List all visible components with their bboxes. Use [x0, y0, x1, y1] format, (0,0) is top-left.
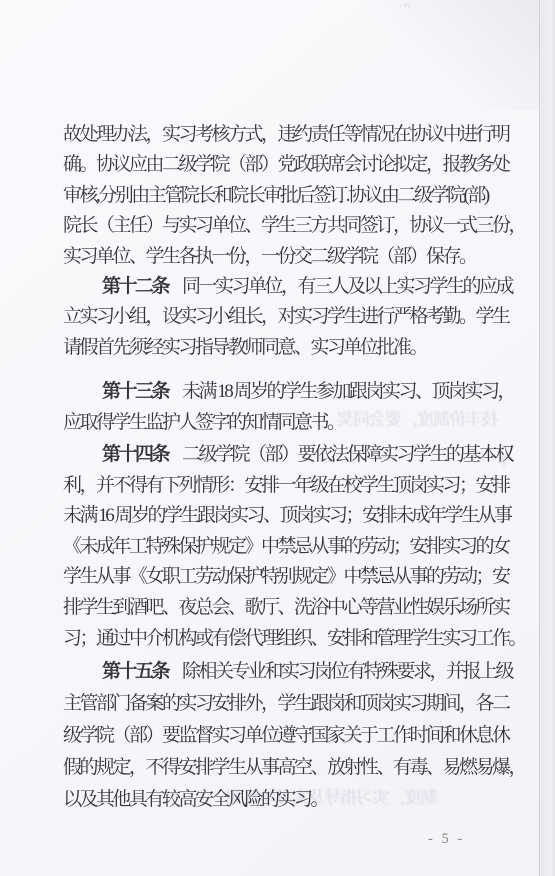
text-line: 习；通过中介机构或有偿代理组织、安排和管理学生实习工作。 [63, 624, 525, 655]
paragraph-p1: 故处理办法，实习考核方式，违约责任等情况在协议中进行明确。协议应由二级学院（部）… [63, 120, 525, 272]
scanned-page: 技丰价制度，要会同奖 习 年 制度，实习指导及实习场地 谢 〃· 丰 故处理办法… [0, 0, 555, 876]
text-line: 故处理办法，实习考核方式，违约责任等情况在协议中进行明 [63, 120, 525, 150]
text-line: 学生从事《女职工劳动保护特别规定》中禁忌从事的劳动；安 [63, 562, 525, 593]
text-segment: 请假首先须经实习指导教师同意、实习单位批准。 [63, 337, 426, 358]
text-segment: 除相关专业和实习岗位有特殊要求，并报上级 [182, 661, 512, 682]
text-line: 应取得学生监护人签字的知情同意书。 [63, 408, 525, 438]
text-segment: 二级学院（部）要依法保障实习学生的基本权 [182, 444, 512, 465]
text-segment: 故处理办法，实习考核方式，违约责任等情况在协议中进行明 [63, 124, 509, 145]
text-segment: 级学院（部）要监督实习单位遵守国家关于工作时间和休息休 [63, 725, 509, 746]
text-segment: 《未成年工特殊保护规定》中禁忌从事的劳动；安排实习的女 [63, 536, 509, 557]
text-line: 利，并不得有下列情形：安排一年级在校学生顶岗实习；安排 [63, 471, 525, 502]
paragraph-p3: 第十三条未满 18 周岁的学生参加跟岗实习、顶岗实习，应取得学生监护人签字的知情… [63, 377, 525, 438]
text-segment: 利，并不得有下列情形：安排一年级在校学生顶岗实习；安排 [63, 475, 509, 496]
text-line: 审核,分别由主管院长和院长审批后签订.协议由二级学院(部) [63, 181, 525, 211]
text-line: 院长（主任）与实习单位、学生三方共同签订，协议一式三份， [63, 211, 525, 241]
article-heading: 第十二条 [102, 276, 168, 297]
text-segment: 审核,分别由主管院长和院长审批后签订.协议由二级学院(部) [63, 185, 488, 206]
article-heading: 第十三条 [102, 381, 168, 402]
text-segment: 应取得学生监护人签字的知情同意书。 [63, 412, 344, 433]
text-segment: 假的规定，不得安排学生从事高空、放射性、有毒、易燃易爆， [63, 757, 525, 778]
article-heading: 第十四条 [102, 444, 168, 465]
text-segment: 未满 18 周岁的学生参加跟岗实习、顶岗实习， [182, 381, 514, 402]
page-number: - 5 - [428, 831, 465, 848]
text-line: 立实习小组，设实习小组长，对实习学生进行严格考勤。学生 [63, 302, 525, 332]
text-segment: 以及其他具有较高安全风险的实习。 [63, 789, 327, 810]
text-line: 假的规定，不得安排学生从事高空、放射性、有毒、易燃易爆， [63, 752, 525, 784]
text-block: 故处理办法，实习考核方式，违约责任等情况在协议中进行明确。协议应由二级学院（部）… [63, 120, 525, 816]
text-segment: 排学生到酒吧、夜总会、歌厅、洗浴中心等营业性娱乐场所实 [63, 597, 509, 618]
text-segment: 未满 16 周岁的学生跟岗实习、顶岗实习；安排未成年学生从事 [63, 505, 511, 526]
paragraph-p5: 第十五条除相关专业和实习岗位有特殊要求，并报上级主管部门备案的实习安排外，学生跟… [63, 656, 525, 816]
text-line: 第十五条除相关专业和实习岗位有特殊要求，并报上级 [63, 656, 525, 688]
text-segment: 确。协议应由二级学院（部）党政联席会讨论拟定，报教务处 [63, 154, 509, 175]
text-line: 《未成年工特殊保护规定》中禁忌从事的劳动；安排实习的女 [63, 532, 525, 563]
text-line: 排学生到酒吧、夜总会、歌厅、洗浴中心等营业性娱乐场所实 [63, 593, 525, 624]
text-segment: 习；通过中介机构或有偿代理组织、安排和管理学生实习工作。 [63, 628, 525, 649]
scan-shadow-top-right [369, 0, 539, 110]
text-line: 主管部门备案的实习安排外，学生跟岗和顶岗实习期间，各二 [63, 688, 525, 720]
text-line: 第十三条未满 18 周岁的学生参加跟岗实习、顶岗实习， [63, 377, 525, 407]
text-segment: 院长（主任）与实习单位、学生三方共同签订，协议一式三份， [63, 215, 525, 236]
text-line: 实习单位、学生各执一份，一份交二级学院（部）保存。 [63, 242, 525, 272]
article-heading: 第十五条 [102, 661, 168, 682]
text-segment: 学生从事《女职工劳动保护特别规定》中禁忌从事的劳动；安 [63, 566, 509, 587]
paragraph-p2: 第十二条同一实习单位，有三人及以上实习学生的应成立实习小组，设实习小组长，对实习… [63, 272, 525, 363]
text-segment: 实习单位、学生各执一份，一份交二级学院（部）保存。 [63, 246, 476, 267]
text-line: 确。协议应由二级学院（部）党政联席会讨论拟定，报教务处 [63, 150, 525, 180]
page-right-edge [539, 0, 555, 876]
paragraph-p4: 第十四条二级学院（部）要依法保障实习学生的基本权利，并不得有下列情形：安排一年级… [63, 440, 525, 654]
text-segment: 主管部门备案的实习安排外，学生跟岗和顶岗实习期间，各二 [63, 693, 509, 714]
text-line: 级学院（部）要监督实习单位遵守国家关于工作时间和休息休 [63, 720, 525, 752]
text-line: 未满 16 周岁的学生跟岗实习、顶岗实习；安排未成年学生从事 [63, 501, 525, 532]
text-segment: 同一实习单位，有三人及以上实习学生的应成 [182, 276, 512, 297]
text-line: 以及其他具有较高安全风险的实习。 [63, 784, 525, 816]
text-line: 第十四条二级学院（部）要依法保障实习学生的基本权 [63, 440, 525, 471]
bleedthrough-mark: 〃· [400, 0, 413, 14]
text-segment: 立实习小组，设实习小组长，对实习学生进行严格考勤。学生 [63, 306, 509, 327]
text-line: 第十二条同一实习单位，有三人及以上实习学生的应成 [63, 272, 525, 302]
text-line: 请假首先须经实习指导教师同意、实习单位批准。 [63, 333, 525, 363]
